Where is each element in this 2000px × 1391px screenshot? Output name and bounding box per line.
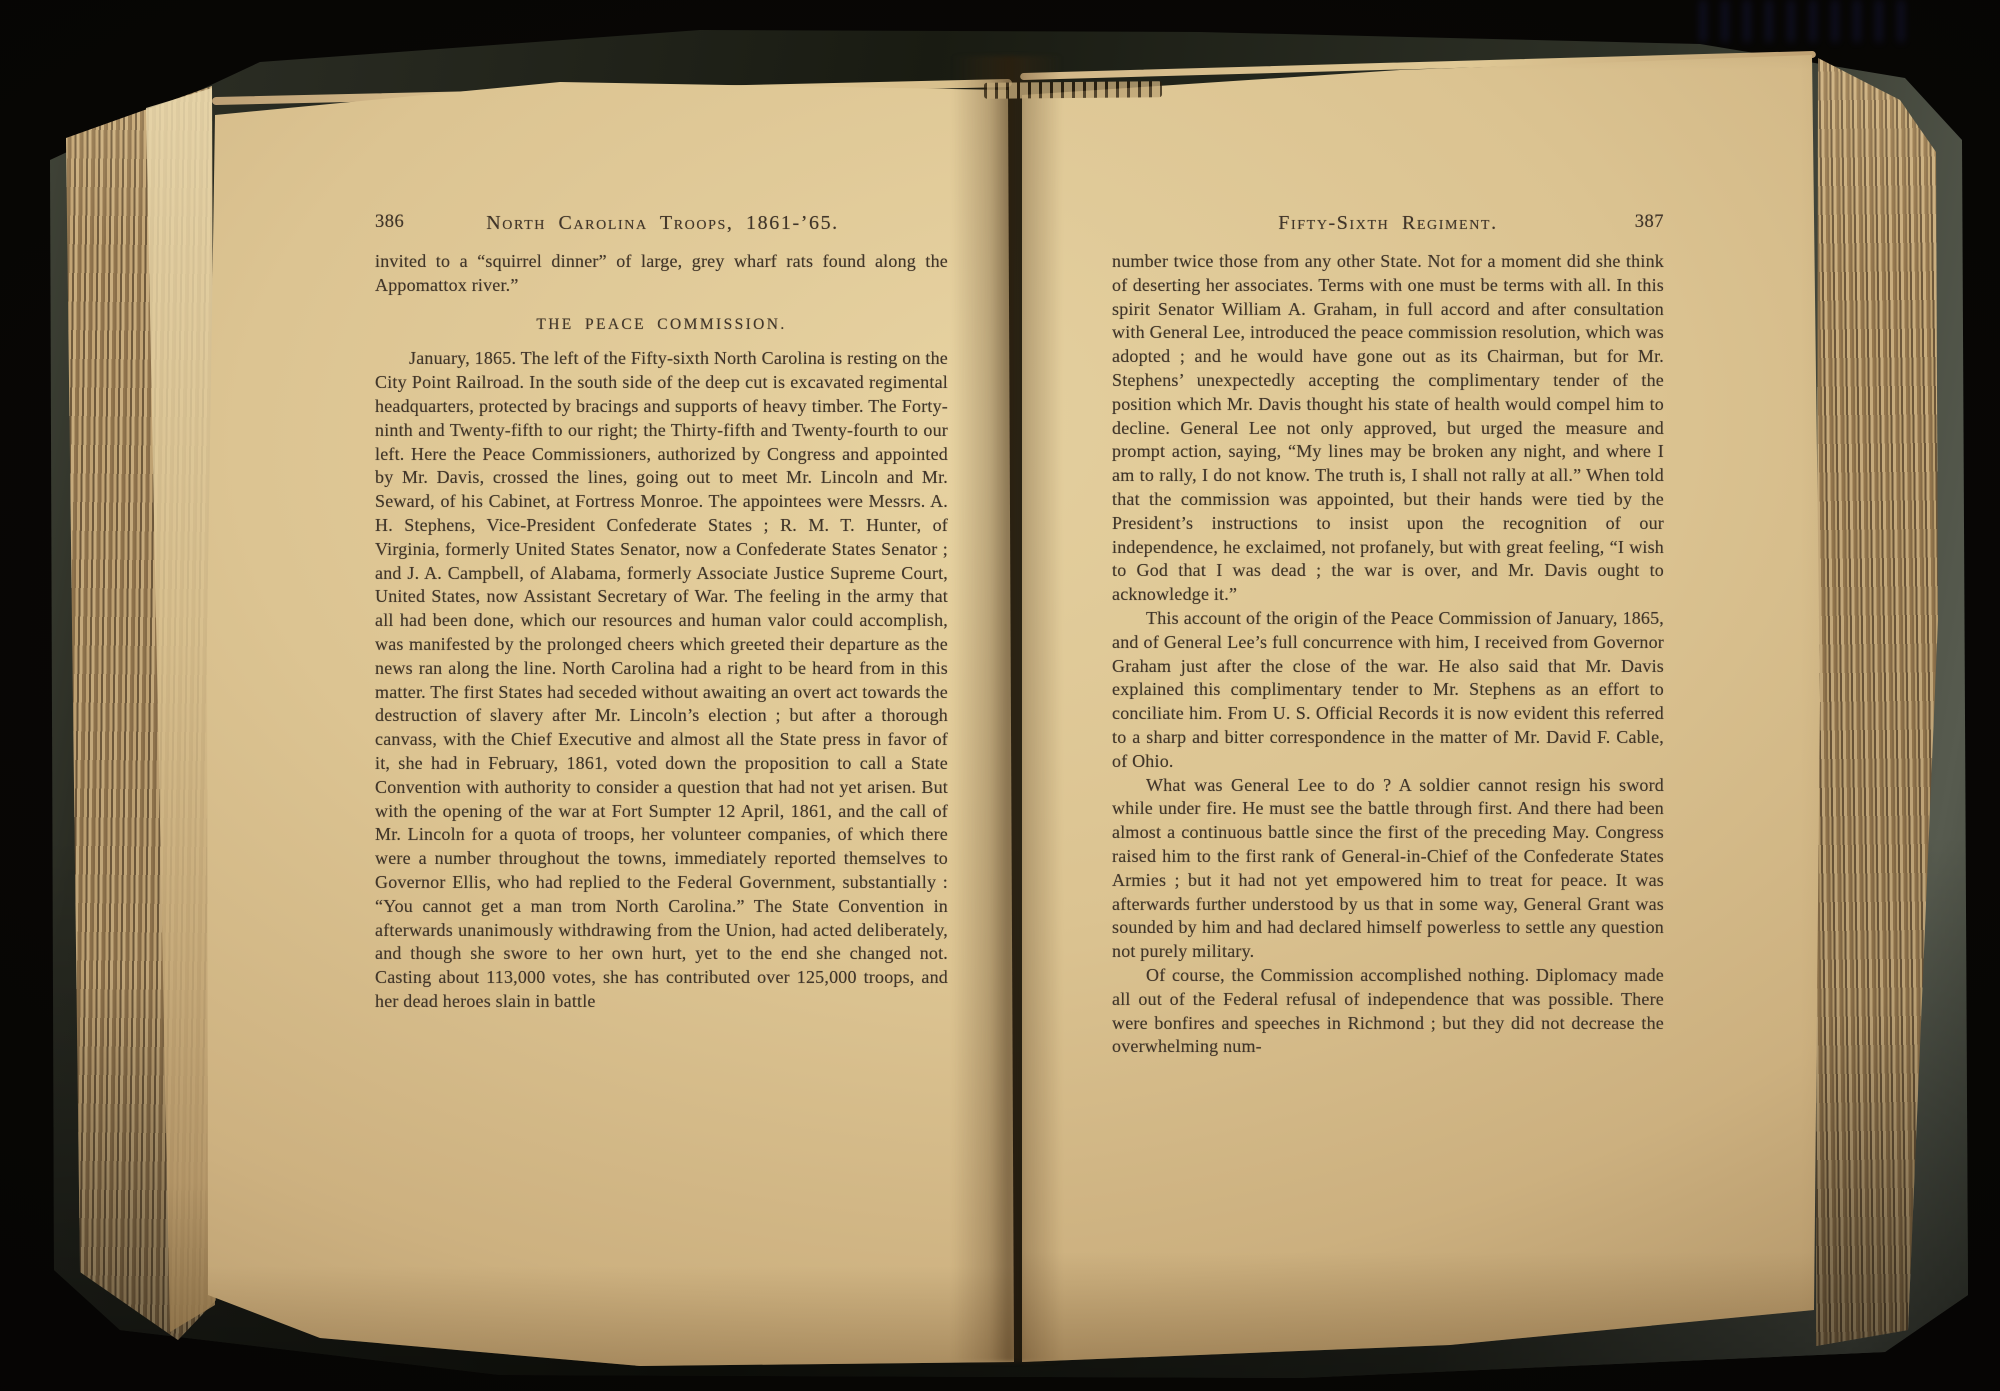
- page-top-edge-left: [212, 79, 1012, 105]
- book-gutter-shadow: [952, 56, 1062, 1362]
- section-heading: THE PEACE COMMISSION.: [375, 313, 948, 337]
- page-top-edge-right: [1020, 51, 1816, 80]
- left-page-body: invited to a “squirrel dinner” of large,…: [375, 250, 948, 1014]
- right-paragraph: Of course, the Commission accomplished n…: [1112, 964, 1664, 1059]
- right-paragraph: What was General Lee to do ? A soldier c…: [1112, 774, 1664, 964]
- background-artifact: [1700, 0, 1910, 42]
- left-page-header-row: 386 North Carolina Troops, 1861-’65.: [375, 212, 950, 242]
- right-paragraph: number twice those from any other State.…: [1112, 250, 1664, 607]
- running-header-right: Fifty-Sixth Regiment.: [1112, 212, 1664, 235]
- right-paragraph: This account of the origin of the Peace …: [1112, 607, 1664, 774]
- right-page-body: number twice those from any other State.…: [1112, 250, 1664, 1059]
- binding-stitches: [984, 81, 1162, 99]
- left-main-paragraph: January, 1865. The left of the Fifty-six…: [375, 347, 948, 1013]
- page-number-right: 387: [1635, 212, 1664, 233]
- left-intro-paragraph: invited to a “squirrel dinner” of large,…: [375, 250, 948, 298]
- running-header-left: North Carolina Troops, 1861-’65.: [375, 212, 950, 235]
- right-page-header-row: Fifty-Sixth Regiment. 387: [1112, 212, 1664, 242]
- book-scan-photo: 386 North Carolina Troops, 1861-’65. inv…: [0, 0, 2000, 1391]
